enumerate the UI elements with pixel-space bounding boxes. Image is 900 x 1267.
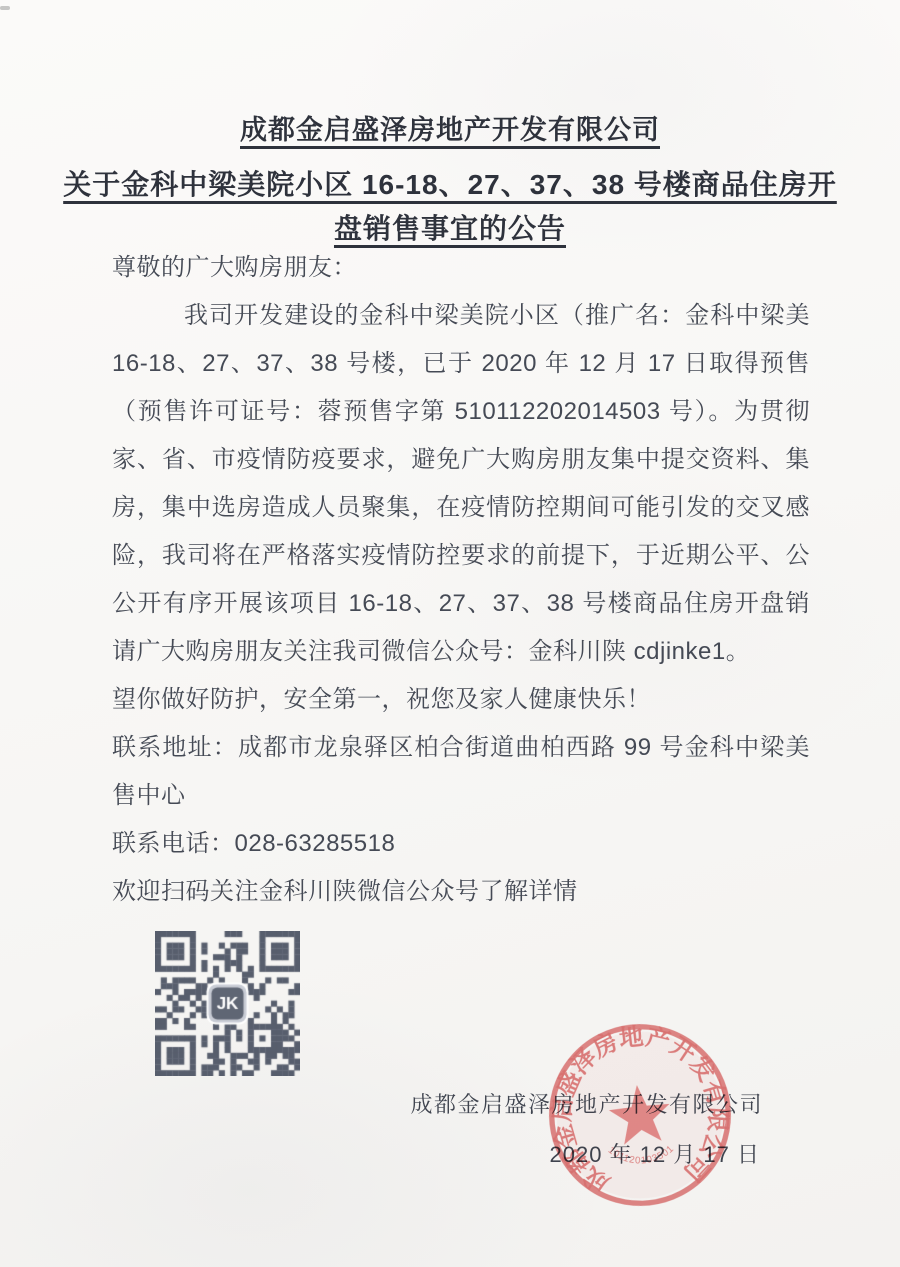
- body-line: 险，我司将在严格落实疫情防控要求的前提下，于近期公平、公正、: [112, 532, 810, 580]
- page-title-line-3: 盘销售事宜的公告: [60, 207, 840, 247]
- official-company-seal: 成都金启盛泽房地产开发有限公司 101120103501: [533, 1008, 746, 1221]
- body-line: 房，集中选房造成人员聚集，在疫情防控期间可能引发的交叉感染风: [112, 484, 810, 532]
- page-title-line-1: 成都金启盛泽房地产开发有限公司: [60, 108, 840, 147]
- scan-artifact-speck: [0, 6, 10, 10]
- body-line: 公开有序开展该项目 16-18、27、37、38 号楼商品住房开盘销售工作，: [112, 580, 810, 628]
- scanned-document-page: 成都金启盛泽房地产开发有限公司 关于金科中梁美院小区 16-18、27、37、3…: [0, 0, 900, 1267]
- body-line: 联系电话：028-63285518: [112, 820, 810, 868]
- body-line: 家、省、市疫情防疫要求，避免广大购房朋友集中提交资料、集中看: [112, 436, 810, 484]
- body-line: 请广大购房朋友关注我司微信公众号：金科川陕 cdjinke1。: [112, 628, 810, 676]
- body-line: 售中心: [112, 772, 810, 820]
- body-line: 16-18、27、37、38 号楼，已于 2020 年 12 月 17 日取得预…: [112, 340, 810, 388]
- document-body: 尊敬的广大购房朋友：我司开发建设的金科中梁美院小区（推广名：金科中梁美院）16-…: [112, 244, 810, 916]
- body-line: 尊敬的广大购房朋友：: [112, 244, 810, 292]
- seal-graphic: 成都金启盛泽房地产开发有限公司 101120103501: [533, 1008, 746, 1221]
- body-line: 联系地址：成都市龙泉驿区柏合街道曲柏西路 99 号金科中梁美院销: [112, 724, 810, 772]
- wechat-qr-code: [155, 931, 300, 1076]
- body-line: 我司开发建设的金科中梁美院小区（推广名：金科中梁美院）: [112, 292, 810, 340]
- body-line: 欢迎扫码关注金科川陕微信公众号了解详情: [112, 868, 810, 916]
- body-line: 望你做好防护，安全第一，祝您及家人健康快乐！: [112, 676, 810, 724]
- body-line: （预售许可证号：蓉预售字第 510112202014503 号）。为贯彻落实国: [112, 388, 810, 436]
- page-title-line-2: 关于金科中梁美院小区 16-18、27、37、38 号楼商品住房开: [60, 163, 840, 203]
